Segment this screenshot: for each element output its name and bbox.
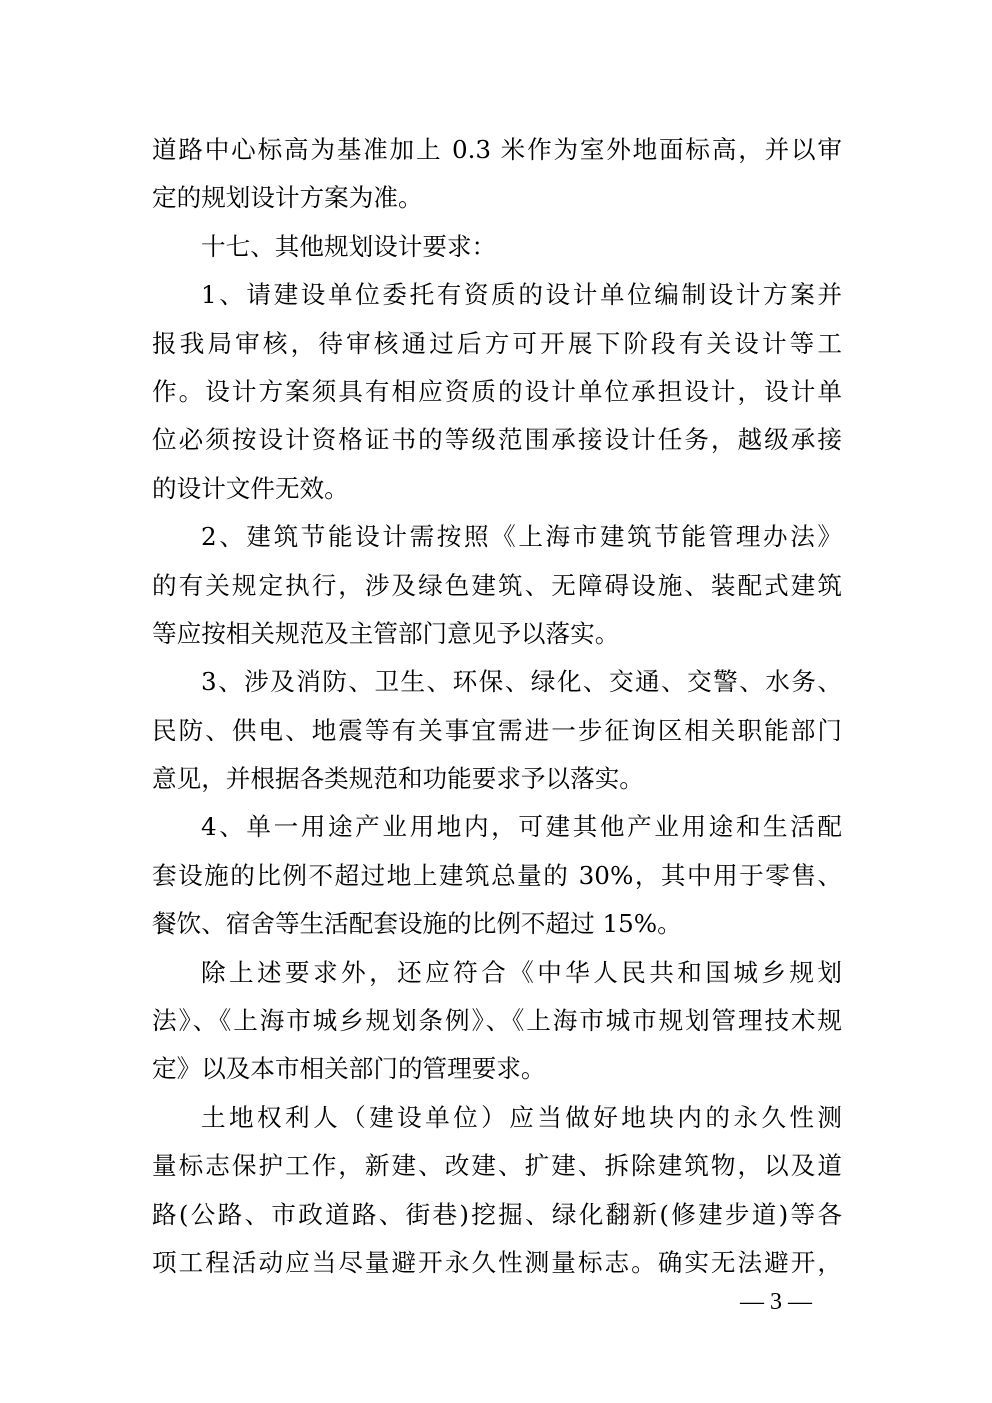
text-line: 法》、《上海市城乡规划条例》、《上海市城市规划管理技术规 <box>152 997 842 1045</box>
text-line: 作。设计方案须具有相应资质的设计单位承担设计，设计单 <box>152 368 842 416</box>
paragraph-section-17-heading: 十七、其他规划设计要求： <box>152 223 842 271</box>
text-line: 报我局审核，待审核通过后方可开展下阶段有关设计等工 <box>152 320 842 368</box>
text-line: 道路中心标高为基准加上 0.3 米作为室外地面标高，并以审 <box>152 126 842 174</box>
page-number: — 3 — <box>734 1286 818 1318</box>
paragraph-item-1: 1、请建设单位委托有资质的设计单位编制设计方案并报我局审核，待审核通过后方可开展… <box>152 271 842 513</box>
paragraph-item-2: 2、建筑节能设计需按照《上海市建筑节能管理办法》的有关规定执行，涉及绿色建筑、无… <box>152 513 842 658</box>
text-line: 餐饮、宿舍等生活配套设施的比例不超过 15%。 <box>152 900 842 948</box>
text-line: 等应按相关规范及主管部门意见予以落实。 <box>152 610 842 658</box>
text-line: 2、建筑节能设计需按照《上海市建筑节能管理办法》 <box>152 513 842 561</box>
text-line: 除上述要求外，还应符合《中华人民共和国城乡规划 <box>152 949 842 997</box>
text-line: 土地权利人（建设单位）应当做好地块内的永久性测 <box>152 1094 842 1142</box>
text-line: 量标志保护工作，新建、改建、扩建、拆除建筑物，以及道 <box>152 1142 842 1190</box>
paragraph-compliance: 除上述要求外，还应符合《中华人民共和国城乡规划法》、《上海市城乡规划条例》、《上… <box>152 949 842 1094</box>
text-line: 项工程活动应当尽量避开永久性测量标志。确实无法避开， <box>152 1239 842 1287</box>
text-line: 的有关规定执行，涉及绿色建筑、无障碍设施、装配式建筑 <box>152 562 842 610</box>
text-line: 定的规划设计方案为准。 <box>152 174 842 222</box>
document-page: 道路中心标高为基准加上 0.3 米作为室外地面标高，并以审定的规划设计方案为准。… <box>152 126 842 1287</box>
paragraph-item-4: 4、单一用途产业用地内，可建其他产业用途和生活配套设施的比例不超过地上建筑总量的… <box>152 803 842 948</box>
text-line: 民防、供电、地震等有关事宜需进一步征询区相关职能部门 <box>152 707 842 755</box>
text-line: 的设计文件无效。 <box>152 465 842 513</box>
paragraph-p0: 道路中心标高为基准加上 0.3 米作为室外地面标高，并以审定的规划设计方案为准。 <box>152 126 842 223</box>
text-line: 4、单一用途产业用地内，可建其他产业用途和生活配 <box>152 803 842 851</box>
text-line: 3、涉及消防、卫生、环保、绿化、交通、交警、水务、 <box>152 658 842 706</box>
text-line: 路(公路、市政道路、街巷)挖掘、绿化翻新(修建步道)等各 <box>152 1191 842 1239</box>
paragraph-survey-marks: 土地权利人（建设单位）应当做好地块内的永久性测量标志保护工作，新建、改建、扩建、… <box>152 1094 842 1288</box>
text-line: 1、请建设单位委托有资质的设计单位编制设计方案并 <box>152 271 842 319</box>
text-line: 十七、其他规划设计要求： <box>152 223 842 271</box>
text-line: 定》以及本市相关部门的管理要求。 <box>152 1045 842 1093</box>
text-line: 位必须按设计资格证书的等级范围承接设计任务，越级承接 <box>152 416 842 464</box>
paragraph-item-3: 3、涉及消防、卫生、环保、绿化、交通、交警、水务、民防、供电、地震等有关事宜需进… <box>152 658 842 803</box>
text-line: 意见，并根据各类规范和功能要求予以落实。 <box>152 755 842 803</box>
text-line: 套设施的比例不超过地上建筑总量的 30%，其中用于零售、 <box>152 852 842 900</box>
